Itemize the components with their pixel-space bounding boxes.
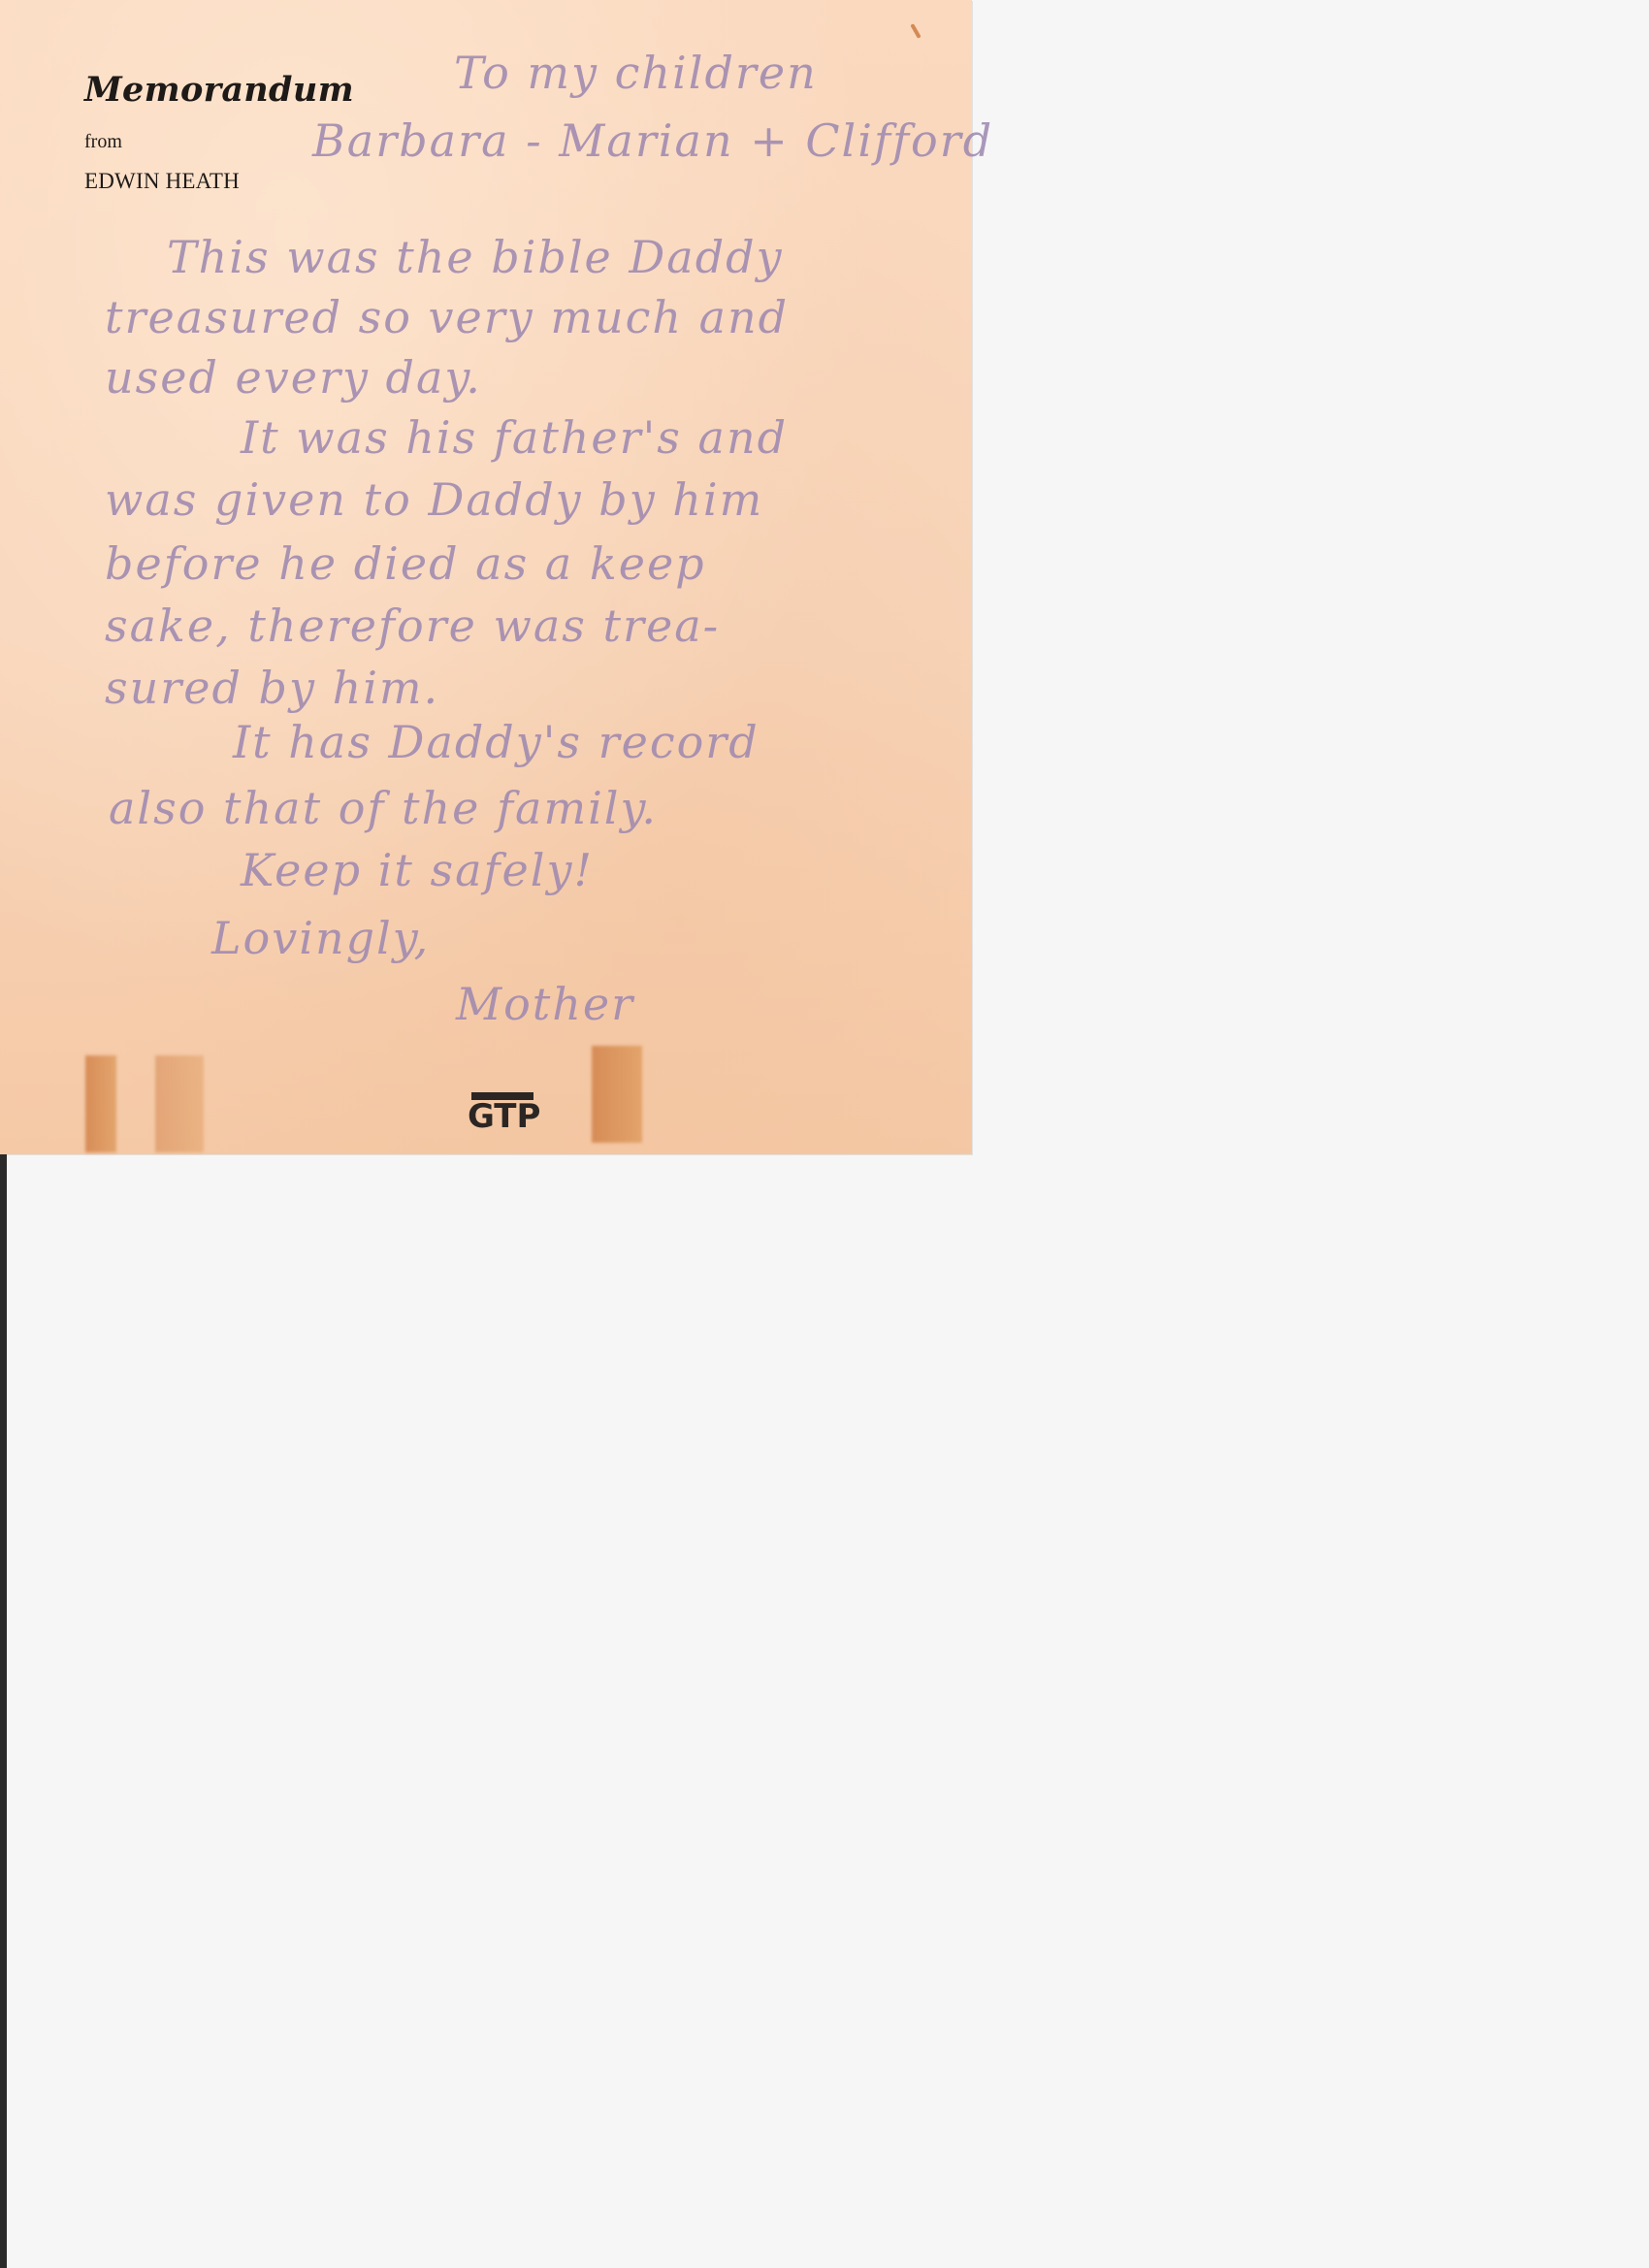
body-line: was given to Daddy by him (105, 473, 763, 526)
body-line: It was his father's and (241, 411, 788, 464)
printer-logo: GTP (468, 1092, 537, 1150)
body-line: sake, therefore was trea- (105, 599, 720, 652)
stain-mark (910, 23, 921, 39)
memo-paper: Memorandum from EDWIN HEATH To my childr… (0, 0, 972, 1154)
closing: Lovingly, (211, 912, 430, 964)
body-line: Keep it safely! (241, 844, 594, 896)
salutation-line-1: To my children (454, 47, 818, 99)
tape-stain (85, 1055, 116, 1152)
tape-stain (155, 1055, 204, 1152)
body-line: This was the bible Daddy (167, 231, 784, 283)
body-line: It has Daddy's record (233, 716, 760, 768)
body-line: sured by him. (105, 662, 439, 714)
body-line: also that of the family. (109, 782, 658, 834)
letterhead-title: Memorandum (84, 70, 354, 110)
signature: Mother (456, 978, 634, 1030)
salutation-line-2: Barbara - Marian + Clifford (312, 114, 993, 167)
scanner-edge (0, 1152, 7, 2268)
printer-logo-text: GTP (468, 1100, 537, 1133)
tape-stain (592, 1046, 642, 1143)
letterhead-sender: EDWIN HEATH (84, 169, 354, 194)
body-line: used every day. (105, 351, 482, 404)
body-line: treasured so very much and (105, 291, 789, 343)
body-line: before he died as a keep (105, 537, 706, 590)
